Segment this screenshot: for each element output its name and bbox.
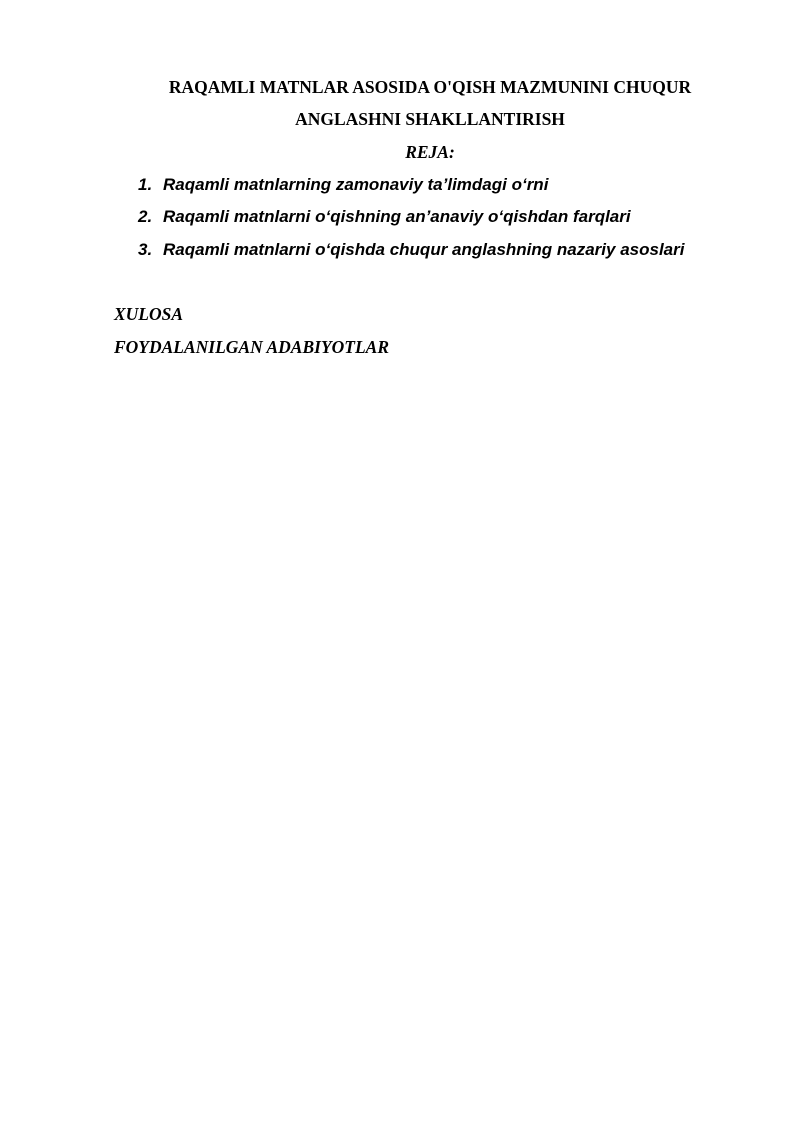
document-page: RAQAMLI MATNLAR ASOSIDA O'QISH MAZMUNINI… bbox=[0, 0, 800, 1131]
plan-item: 2.Raqamli matnlarni o‘qishning an’anaviy… bbox=[138, 207, 631, 227]
plan-item-text: Raqamli matnlarni o‘qishning an’anaviy o… bbox=[163, 207, 631, 226]
document-title-line-1: RAQAMLI MATNLAR ASOSIDA O'QISH MAZMUNINI… bbox=[0, 77, 800, 98]
plan-item-number: 1. bbox=[138, 175, 163, 195]
section-conclusion: XULOSA bbox=[114, 304, 183, 325]
document-title-line-2: ANGLASHNI SHAKLLANTIRISH bbox=[0, 109, 800, 130]
plan-heading: REJA: bbox=[0, 142, 800, 163]
plan-item: 3.Raqamli matnlarni o‘qishda chuqur angl… bbox=[138, 240, 684, 260]
plan-item-text: Raqamli matnlarning zamonaviy ta’limdagi… bbox=[163, 175, 548, 194]
plan-item: 1.Raqamli matnlarning zamonaviy ta’limda… bbox=[138, 175, 548, 195]
plan-item-number: 2. bbox=[138, 207, 163, 227]
section-references: FOYDALANILGAN ADABIYOTLAR bbox=[114, 337, 389, 358]
plan-item-text: Raqamli matnlarni o‘qishda chuqur anglas… bbox=[163, 240, 684, 259]
plan-item-number: 3. bbox=[138, 240, 163, 260]
